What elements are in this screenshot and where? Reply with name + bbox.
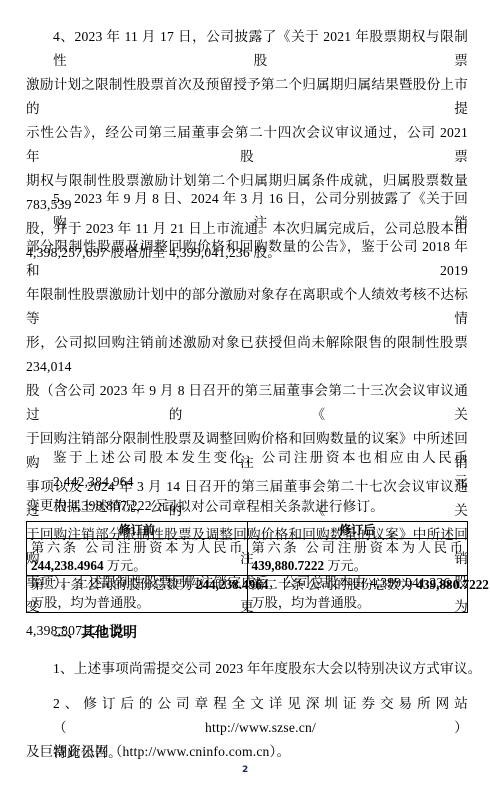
text-line: 示性公告》，经公司第三届董事会第二十四次会议审议通过，公司 2021 年股票: [26, 121, 468, 169]
table-header-row: 修订前 修订后: [27, 522, 468, 539]
text-line: 1、上述事项尚需提交公司 2023 年年度股东大会以特别决议方式审议。: [26, 657, 468, 681]
cell-number: 439,880.7222: [252, 558, 325, 573]
cell-text: 第六条 公司注册资本为人民币: [31, 539, 243, 557]
cell-article6-before: 第六条 公司注册资本为人民币 244,238.4964 万元。: [27, 539, 248, 576]
cell-article20-before: 第二十条 公司的股份总数为 244,238.4964 万股，均为普通股。: [27, 576, 248, 613]
cell-text: 第二十条 公司的股份总数为: [252, 577, 417, 592]
text-line: 激励计划之限制性股票首次及预留授予第二个归属期归属结果暨股份上市的提: [26, 73, 468, 121]
cell-text: 万股，均为普通股。: [31, 594, 243, 612]
section-heading: 二、其他说明: [53, 621, 137, 645]
cell-text: 万股，均为普通股。: [252, 594, 464, 612]
cell-text: 第六条 公司注册资本为人民币: [252, 539, 464, 557]
text-line: 4、2023 年 11 月 17 日，公司披露了《关于 2021 年股票期权与限…: [26, 25, 468, 73]
cell-text: 万元。: [104, 558, 147, 573]
cell-number: 439,880.7222: [416, 577, 489, 592]
paragraph-other-item-1: 1、上述事项尚需提交公司 2023 年年度股东大会以特别决议方式审议。: [26, 657, 468, 681]
text-line: 股（含公司 2023 年 9 月 8 日召开的第三届董事会第二十三次会议审议通过…: [26, 379, 468, 427]
table-row: 第六条 公司注册资本为人民币 244,238.4964 万元。 第六条 公司注册…: [27, 539, 468, 576]
column-header-after: 修订后: [247, 522, 468, 539]
text-line: 根据上述情况，公司拟对公司章程相关条款进行修订。: [26, 495, 468, 519]
cell-text: 第二十条 公司的股份总数为: [31, 577, 196, 592]
text-line: 5、2023 年 9 月 8 日、2024 年 3 月 16 日，公司分别披露了…: [26, 187, 468, 235]
text-line: 部分限制性股票及调整回购价格和回购数量的公告》，鉴于公司 2018 年和 201…: [26, 235, 468, 283]
cell-number: 244,238.4964: [31, 558, 104, 573]
text-line: 2、修订后的公司章程全文详见深圳证券交易所网站（http://www.szse.…: [26, 692, 468, 740]
text-line: 年限制性股票激励计划中的部分激励对象存在离职或个人绩效考核不达标等情: [26, 283, 468, 331]
page-number: 2: [242, 765, 248, 775]
cell-article6-after: 第六条 公司注册资本为人民币 439,880.7222 万元。: [247, 539, 468, 576]
revision-table: 修订前 修订后 第六条 公司注册资本为人民币 244,238.4964 万元。 …: [26, 521, 468, 613]
text-line: 形，公司拟回购注销前述激励对象已获授但尚未解除限售的限制性股票 234,014: [26, 331, 468, 379]
text-line: 鉴于上述公司股本发生变化，公司注册资本也相应由人民币 2,442,384,964…: [26, 446, 468, 494]
paragraph-revision-intro: 根据上述情况，公司拟对公司章程相关条款进行修订。: [26, 495, 468, 519]
table-row: 第二十条 公司的股份总数为 244,238.4964 万股，均为普通股。 第二十…: [27, 576, 468, 613]
cell-text: 万元。: [324, 558, 367, 573]
column-header-before: 修订前: [27, 522, 248, 539]
cell-article20-after: 第二十条 公司的股份总数为 439,880.7222 万股，均为普通股。: [247, 576, 468, 613]
text-line: 特此公告。: [26, 741, 468, 765]
closing-statement: 特此公告。: [26, 741, 468, 765]
